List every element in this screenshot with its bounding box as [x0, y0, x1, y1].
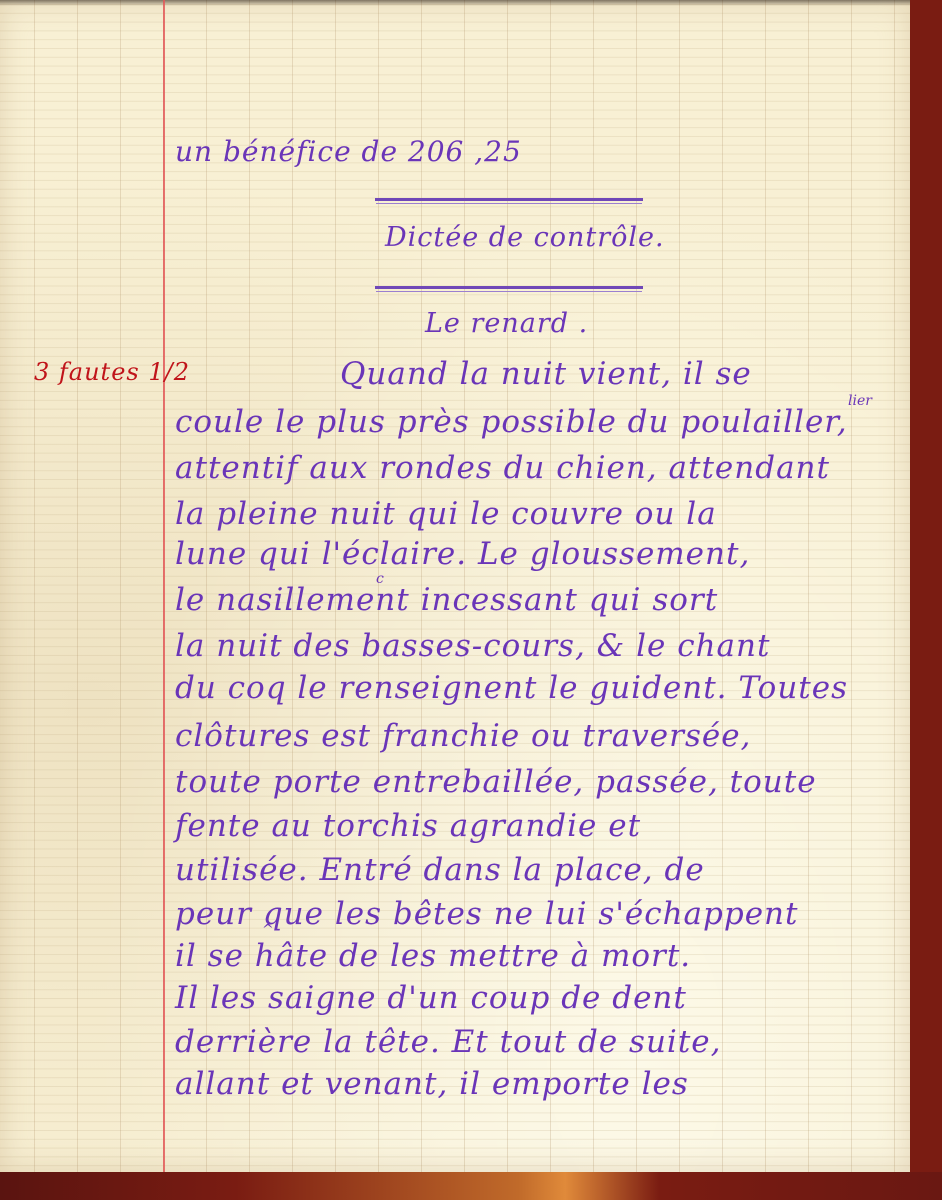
body-line: Quand la nuit vient, il se [340, 356, 752, 392]
body-line: utilisée. Entré dans la place, de [175, 852, 705, 888]
background-surface [0, 1172, 942, 1200]
body-line: allant et venant, il emporte les [175, 1066, 689, 1102]
body-line: du coq le renseignent le guident. Toutes [175, 670, 848, 706]
body-line: il se hâte de les mettre à mort. [175, 938, 691, 974]
body-line: coule le plus près possible du poulaille… [175, 404, 848, 440]
page-top-shadow [0, 0, 910, 6]
body-line: lune qui l'éclaire. Le gloussement, [175, 536, 750, 572]
section-title: Dictée de contrôle. [385, 222, 665, 253]
body-line: clôtures est franchie ou traversée, [175, 718, 751, 754]
grade-mark: 3 fautes 1/2 [34, 358, 190, 386]
body-line: fente au torchis agrandie et [175, 808, 641, 844]
notebook-page: un bénéfice de 206 ,25 Dictée de contrôl… [0, 0, 910, 1172]
body-line: la pleine nuit qui le couvre ou la [175, 496, 717, 532]
title-rule-bottom [375, 286, 643, 289]
correction-superscript: lier [848, 393, 872, 409]
accent-correction: ^ [262, 922, 274, 938]
body-line: derrière la tête. Et tout de suite, [175, 1024, 722, 1060]
red-margin-line [163, 0, 165, 1172]
body-line: la nuit des basses-cours, & le chant [175, 628, 770, 664]
body-line: toute porte entrebaillée, passée, toute [175, 764, 817, 800]
body-line: Il les saigne d'un coup de dent [175, 980, 687, 1016]
dictation-subtitle: Le renard . [425, 308, 588, 339]
title-rule-top [375, 198, 643, 201]
body-line: attentif aux rondes du chien, attendant [175, 450, 830, 486]
body-line: le nasillement incessant qui sort [175, 582, 718, 618]
previous-result-line: un bénéfice de 206 ,25 [175, 135, 522, 168]
